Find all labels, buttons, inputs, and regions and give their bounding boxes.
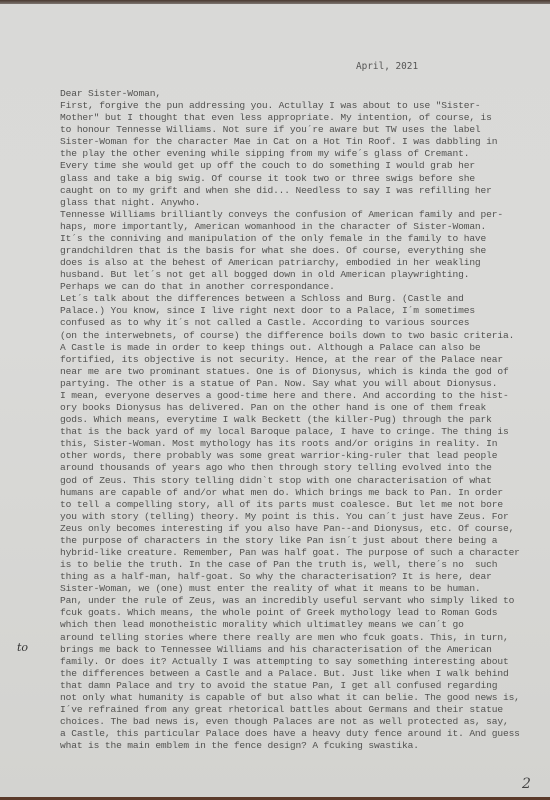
letter-line: thing as a half-man, half-goat. So why t… <box>60 571 530 583</box>
handwritten-margin-note: to <box>17 641 28 654</box>
letter-line: haps, more importantly, American womanho… <box>60 221 530 233</box>
letter-line: ory books Dionysus has delivered. Pan on… <box>60 402 530 414</box>
letter-line: does is also at the behest of American p… <box>60 257 530 269</box>
letter-line: humans are capable of and/or what men do… <box>60 487 530 499</box>
letter-line: Sister-Woman, we (one) must enter the re… <box>60 583 530 595</box>
letter-line: the differences between a Castle and a P… <box>60 668 530 680</box>
letter-line: other words, there probably was some gre… <box>60 450 530 462</box>
letter-line: It´s the conniving and manipulation of t… <box>60 233 530 245</box>
letter-line: caught on to my grift and when she did..… <box>60 185 530 197</box>
letter-line: Let´s talk about the differences between… <box>60 293 530 305</box>
letter-line: god of Zeus. This story telling didn`t s… <box>60 475 530 487</box>
letter-line: this, Sister-Woman. Most mythology has i… <box>60 438 530 450</box>
letter-line: Every time she would get up off the couc… <box>60 160 530 172</box>
letter-line: hybrid-like creature. Remember, Pan was … <box>60 547 530 559</box>
letter-line: choices. The bad news is, even though Pa… <box>60 716 530 728</box>
letter-line: fortified, its objective is not security… <box>60 354 530 366</box>
letter-line: the purpose of characters in the story l… <box>60 535 530 547</box>
letter-line: I´ve refrained from any great rhetorical… <box>60 704 530 716</box>
letter-line: First, forgive the pun addressing you. A… <box>60 100 530 112</box>
letter-line: to honour Tennesse Williams. Not sure if… <box>60 124 530 136</box>
handwritten-page-number: 2 <box>522 776 531 792</box>
letter-line: the play the other evening while sipping… <box>60 148 530 160</box>
letter-line: you with story (telling) theory. My poin… <box>60 511 530 523</box>
letter-line: I mean, everyone deserves a good-time he… <box>60 390 530 402</box>
letter-line: confused as to why it´s not called a Cas… <box>60 317 530 329</box>
letter-line: Perhaps we can do that in another corres… <box>60 281 530 293</box>
letter-line: Pan, under the rule of Zeus, was an incr… <box>60 595 530 607</box>
letter-line: a Castle, this particular Palace does ha… <box>60 728 530 740</box>
letter-line: partying. The other is a statue of Pan. … <box>60 378 530 390</box>
letter-line: that damn Palace and try to avoid the st… <box>60 680 530 692</box>
letter-line: grandchildren that is the basis for what… <box>60 245 530 257</box>
letter-line: Mother" but I thought that even less app… <box>60 112 530 124</box>
letter-line: gods. Which means, everytime I walk Beck… <box>60 414 530 426</box>
letter-line: Zeus only becomes interesting if you als… <box>60 523 530 535</box>
letter-line: family. Or does it? Actually I was attem… <box>60 656 530 668</box>
letter-text: First, forgive the pun addressing you. A… <box>60 100 530 752</box>
letter-line: Tennesse Williams brilliantly conveys th… <box>60 209 530 221</box>
letter-line: (on the interwebnets, of course) the dif… <box>60 330 530 342</box>
letter-line: is to belie the truth. In the case of Pa… <box>60 559 530 571</box>
letter-line: to tell a compelling story, all of its p… <box>60 499 530 511</box>
letter-line: around telling stories where there reall… <box>60 632 530 644</box>
letter-date: April, 2021 <box>356 61 418 72</box>
letter-line: around thousands of years ago who then t… <box>60 462 530 474</box>
letter-line: husband. But let´s not get all bogged do… <box>60 269 530 281</box>
letter-line: Sister-Woman for the character Mae in Ca… <box>60 136 530 148</box>
letter-line: not only what humanity is capable of but… <box>60 692 530 704</box>
letter-line: brings me back to Tennessee Williams and… <box>60 644 530 656</box>
letter-line: what is the main emblem in the fence des… <box>60 740 530 752</box>
letter-body: Dear Sister-Woman, First, forgive the pu… <box>60 88 530 752</box>
letter-line: glass and take a big swig. Of course it … <box>60 173 530 185</box>
letter-line: glass that night. Anywho. <box>60 197 530 209</box>
letter-line: A Castle is made in order to keep things… <box>60 342 530 354</box>
letter-line: Palace.) You know, since I live right ne… <box>60 305 530 317</box>
letter-line: that is the back yard of my local Baroqu… <box>60 426 530 438</box>
letter-greeting: Dear Sister-Woman, <box>60 88 530 100</box>
letter-line: fcuk goats. Which means, the whole point… <box>60 607 530 619</box>
letter-line: which then lead monotheistic morality wh… <box>60 619 530 631</box>
letter-line: near me are two prominant statues. One i… <box>60 366 530 378</box>
